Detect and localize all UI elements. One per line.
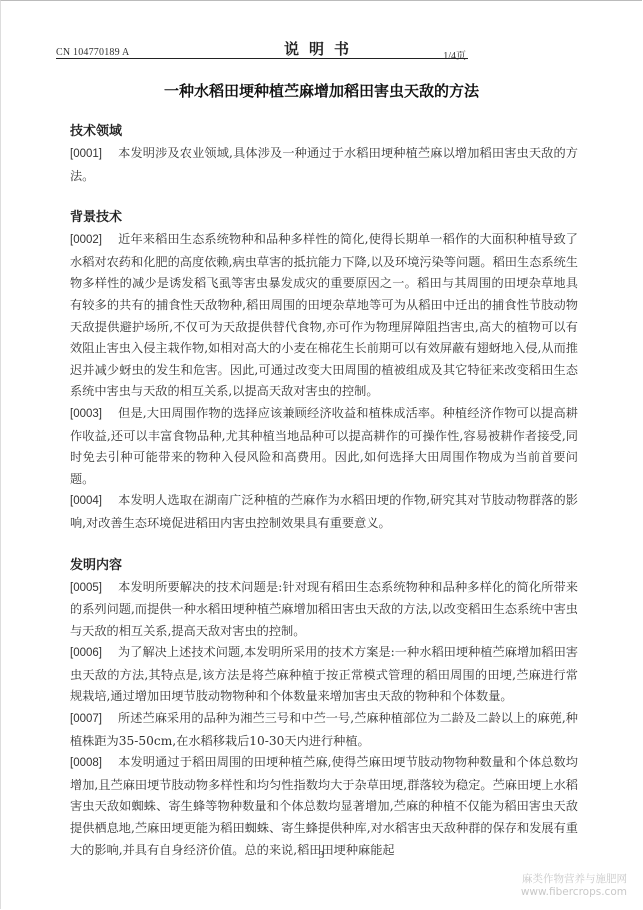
section-heading: 技术领域: [70, 121, 578, 143]
paragraph: [0005]本发明所要解决的技术问题是:针对现有稻田生态系统物种和品种多样化的简…: [70, 577, 578, 643]
paragraph: [0003]但是,大田周围作物的选择应该兼顾经济收益和植株成活率。种植经济作物可…: [70, 403, 578, 490]
paragraph-number: [0005]: [70, 578, 118, 600]
paragraph-number: [0002]: [70, 230, 118, 252]
document-title: 一种水稻田埂种植苎麻增加稻田害虫天敌的方法: [0, 80, 643, 101]
section-summary: 发明内容 [0005]本发明所要解决的技术问题是:针对现有稻田生态系统物种和品种…: [70, 555, 578, 862]
paragraph: [0002]近年来稻田生态系统物种和品种多样性的简化,使得长期单一稻作的大面积种…: [70, 229, 578, 403]
paragraph-number: [0006]: [70, 643, 118, 665]
paragraph-text: 本发明通过于稻田周围的田埂种植苎麻,使得苎麻田埂节肢动物物种数量和个体总数均增加…: [70, 755, 578, 856]
paragraph-text: 近年来稻田生态系统物种和品种多样性的简化,使得长期单一稻作的大面积种植导致了水稻…: [70, 232, 578, 398]
page-indicator: 1/4页: [443, 47, 466, 62]
section-heading: 背景技术: [70, 207, 578, 229]
doc-type-heading: 说明书: [0, 38, 643, 59]
section-background: 背景技术 [0002]近年来稻田生态系统物种和品种多样性的简化,使得长期单一稻作…: [70, 207, 578, 534]
paragraph-text: 所述苎麻采用的品种为湘苎三号和中苎一号,苎麻种植部位为二龄及二龄以上的麻蔸,种植…: [70, 711, 578, 748]
paragraph: [0001]本发明涉及农业领域,具体涉及一种通过于水稻田埂种植苎麻以增加稻田害虫…: [70, 143, 578, 187]
page-number: 3: [0, 849, 643, 861]
header-rule: [56, 58, 468, 59]
paragraph-number: [0008]: [70, 753, 118, 775]
paragraph-number: [0001]: [70, 144, 118, 166]
paragraph: [0007]所述苎麻采用的品种为湘苎三号和中苎一号,苎麻种植部位为二龄及二龄以上…: [70, 708, 578, 752]
paragraph-number: [0004]: [70, 491, 118, 513]
paragraph-text: 但是,大田周围作物的选择应该兼顾经济收益和植株成活率。种植经济作物可以提高耕作收…: [70, 406, 578, 486]
document-body: 技术领域 [0001]本发明涉及农业领域,具体涉及一种通过于水稻田埂种植苎麻以增…: [70, 121, 578, 861]
watermark-url: www.fibercrops.com: [521, 886, 627, 899]
watermark: 麻类作物营养与施肥网 www.fibercrops.com: [521, 873, 627, 899]
paragraph-text: 为了解决上述技术问题,本发明所采用的技术方案是:一种水稻田埂种植苎麻增加稻田害虫…: [70, 645, 578, 703]
paragraph-number: [0007]: [70, 709, 118, 731]
paragraph-number: [0003]: [70, 404, 118, 426]
paragraph: [0008]本发明通过于稻田周围的田埂种植苎麻,使得苎麻田埂节肢动物物种数量和个…: [70, 752, 578, 861]
section-heading: 发明内容: [70, 555, 578, 577]
paragraph-text: 本发明人选取在湖南广泛种植的苎麻作为水稻田埂的作物,研究其对节肢动物群落的影响,…: [70, 493, 578, 530]
paragraph-text: 本发明所要解决的技术问题是:针对现有稻田生态系统物种和品种多样化的简化所带来的系…: [70, 580, 578, 638]
paragraph: [0004]本发明人选取在湖南广泛种植的苎麻作为水稻田埂的作物,研究其对节肢动物…: [70, 490, 578, 534]
section-technical-field: 技术领域 [0001]本发明涉及农业领域,具体涉及一种通过于水稻田埂种植苎麻以增…: [70, 121, 578, 187]
paragraph-text: 本发明涉及农业领域,具体涉及一种通过于水稻田埂种植苎麻以增加稻田害虫天敌的方法。: [70, 146, 578, 183]
paragraph: [0006]为了解决上述技术问题,本发明所采用的技术方案是:一种水稻田埂种植苎麻…: [70, 642, 578, 708]
watermark-site-name: 麻类作物营养与施肥网: [521, 873, 627, 886]
